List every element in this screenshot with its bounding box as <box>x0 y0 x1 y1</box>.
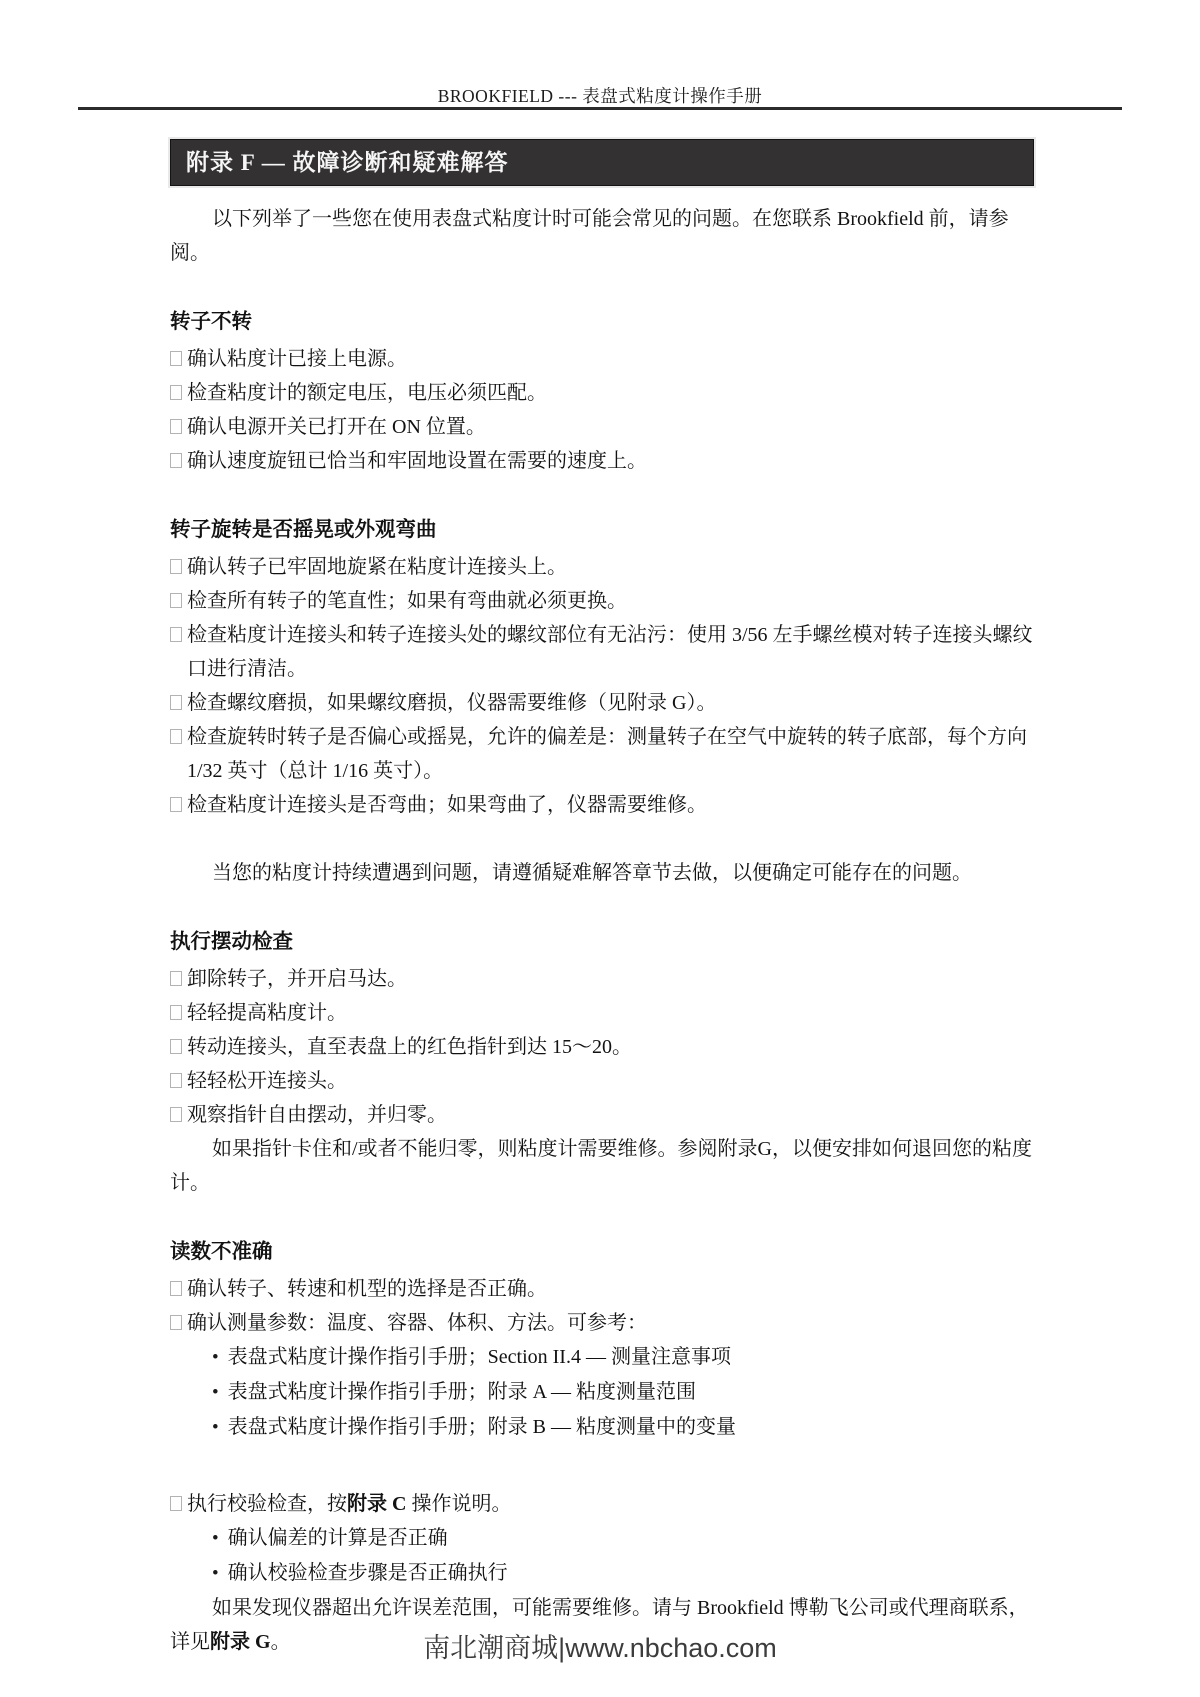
text-run: 检查螺纹磨损，如果螺纹磨损，仪器需要维修（见附录 G）。 <box>187 692 716 714</box>
text-run: 轻轻提高粘度计。 <box>187 1002 347 1024</box>
checklist-item: 确认粘度计已接上电源。 <box>170 342 1034 376</box>
checklist-item: 检查旋转时转子是否偏心或摇晃，允许的偏差是：测量转子在空气中旋转的转子底部，每个… <box>170 720 1034 788</box>
text-run: 检查所有转子的笔直性；如果有弯曲就必须更换。 <box>187 590 627 612</box>
bullet-icon: • <box>212 1522 219 1556</box>
text-run: 卸除转子，并开启马达。 <box>187 968 407 990</box>
checkbox-icon <box>170 1039 182 1054</box>
checklist-item: 观察指针自由摆动，并归零。 <box>170 1098 1034 1132</box>
sub-bullet-item: •表盘式粘度计操作指引手册；Section II.4 — 测量注意事项 <box>212 1340 1034 1375</box>
checkbox-icon <box>170 1315 182 1330</box>
text-run: 检查旋转时转子是否偏心或摇晃，允许的偏差是：测量转子在空气中旋转的转子底部，每个… <box>187 726 1027 782</box>
text-run: 轻轻松开连接头。 <box>187 1070 347 1092</box>
header-rule <box>78 107 1122 110</box>
checkbox-icon <box>170 971 182 986</box>
paragraph: 以下列举了一些您在使用表盘式粘度计时可能会常见的问题。在您联系 Brookfie… <box>170 202 1034 270</box>
text-run: 确认转子已牢固地旋紧在粘度计连接头上。 <box>187 556 567 578</box>
checkbox-icon <box>170 797 182 812</box>
checkbox-icon <box>170 627 182 642</box>
checkbox-icon <box>170 453 182 468</box>
checklist-item: 转动连接头，直至表盘上的红色指针到达 15～20。 <box>170 1030 1034 1064</box>
sub-bullet-item: •确认校验检查步骤是否正确执行 <box>212 1556 1034 1591</box>
checkbox-icon <box>170 351 182 366</box>
section-heading: 转子旋转是否摇晃或外观弯曲 <box>170 515 1034 545</box>
section-heading: 执行摆动检查 <box>170 927 1034 957</box>
text-run: 确认粘度计已接上电源。 <box>187 348 407 370</box>
text-run: 表盘式粘度计操作指引手册；附录 A — 粘度测量范围 <box>228 1381 696 1403</box>
text-run: 表盘式粘度计操作指引手册；Section II.4 — 测量注意事项 <box>228 1346 731 1368</box>
bullet-icon: • <box>212 1557 219 1591</box>
page-header-title: BROOKFIELD --- 表盘式粘度计操作手册 <box>0 83 1200 108</box>
text-run: 检查粘度计连接头是否弯曲；如果弯曲了，仪器需要维修。 <box>187 794 707 816</box>
checkbox-icon <box>170 1073 182 1088</box>
checkbox-icon <box>170 1281 182 1296</box>
checkbox-icon <box>170 729 182 744</box>
text-run: 以下列举了一些您在使用表盘式粘度计时可能会常见的问题。在您联系 Brookfie… <box>170 208 1009 264</box>
checklist-item: 确认转子已牢固地旋紧在粘度计连接头上。 <box>170 550 1034 584</box>
text-run: 确认偏差的计算是否正确 <box>228 1527 448 1549</box>
appendix-banner: 附录 F — 故障诊断和疑难解答 <box>170 139 1034 186</box>
checklist-item: 确认速度旋钮已恰当和牢固地设置在需要的速度上。 <box>170 444 1034 478</box>
document-body: 以下列举了一些您在使用表盘式粘度计时可能会常见的问题。在您联系 Brookfie… <box>170 202 1034 1659</box>
text-run: 观察指针自由摆动，并归零。 <box>187 1104 447 1126</box>
sub-bullet-item: •确认偏差的计算是否正确 <box>212 1521 1034 1556</box>
text-run: 确认转子、转速和机型的选择是否正确。 <box>187 1278 547 1300</box>
bullet-icon: • <box>212 1341 219 1375</box>
bullet-icon: • <box>212 1411 219 1445</box>
banner-title: 附录 F — 故障诊断和疑难解答 <box>186 148 1023 178</box>
checkbox-icon <box>170 593 182 608</box>
checklist-item: 确认测量参数：温度、容器、体积、方法。可参考： <box>170 1306 1034 1340</box>
section-heading: 读数不准确 <box>170 1237 1034 1267</box>
checklist-item: 卸除转子，并开启马达。 <box>170 962 1034 996</box>
text-run: 转动连接头，直至表盘上的红色指针到达 15～20。 <box>187 1036 632 1058</box>
checkbox-icon <box>170 695 182 710</box>
checklist-item: 检查粘度计连接头是否弯曲；如果弯曲了，仪器需要维修。 <box>170 788 1034 822</box>
text-run: 检查粘度计连接头和转子连接头处的螺纹部位有无沾污：使用 3/56 左手螺丝模对转… <box>187 624 1033 680</box>
footer-text: 南北潮商城|www.nbchao.com <box>423 1633 777 1663</box>
text-run: 确认电源开关已打开在 ON 位置。 <box>187 416 486 438</box>
sub-bullet-item: •表盘式粘度计操作指引手册；附录 A — 粘度测量范围 <box>212 1375 1034 1410</box>
spacer <box>170 1445 1034 1487</box>
paragraph: 如果指针卡住和/或者不能归零，则粘度计需要维修。参阅附录G，以便安排如何退回您的… <box>170 1132 1034 1200</box>
checklist-item: 确认转子、转速和机型的选择是否正确。 <box>170 1272 1034 1306</box>
checklist-item: 轻轻松开连接头。 <box>170 1064 1034 1098</box>
bullet-icon: • <box>212 1376 219 1410</box>
checkbox-icon <box>170 385 182 400</box>
text-run: 当您的粘度计持续遭遇到问题，请遵循疑难解答章节去做，以便确定可能存在的问题。 <box>212 862 972 884</box>
manual-page: BROOKFIELD --- 表盘式粘度计操作手册 附录 F — 故障诊断和疑难… <box>0 0 1200 1697</box>
text-run: 操作说明。 <box>406 1493 511 1515</box>
text-run: 表盘式粘度计操作指引手册；附录 B — 粘度测量中的变量 <box>228 1416 736 1438</box>
checklist-item: 确认电源开关已打开在 ON 位置。 <box>170 410 1034 444</box>
sub-bullet-item: •表盘式粘度计操作指引手册；附录 B — 粘度测量中的变量 <box>212 1410 1034 1445</box>
text-run: 附录 C <box>347 1493 406 1515</box>
checkbox-icon <box>170 1496 182 1511</box>
text-run: 确认速度旋钮已恰当和牢固地设置在需要的速度上。 <box>187 450 647 472</box>
checklist-item: 检查粘度计连接头和转子连接头处的螺纹部位有无沾污：使用 3/56 左手螺丝模对转… <box>170 618 1034 686</box>
checkbox-icon <box>170 1005 182 1020</box>
checkbox-icon <box>170 419 182 434</box>
text-run: 确认测量参数：温度、容器、体积、方法。可参考： <box>187 1312 647 1334</box>
footer: 南北潮商城|www.nbchao.com <box>0 1626 1200 1665</box>
text-run: 确认校验检查步骤是否正确执行 <box>228 1562 508 1584</box>
text-run: 执行校验检查，按 <box>187 1493 347 1515</box>
checklist-item: 检查所有转子的笔直性；如果有弯曲就必须更换。 <box>170 584 1034 618</box>
checklist-item: 轻轻提高粘度计。 <box>170 996 1034 1030</box>
checkbox-icon <box>170 559 182 574</box>
checklist-item: 检查粘度计的额定电压，电压必须匹配。 <box>170 376 1034 410</box>
checkbox-icon <box>170 1107 182 1122</box>
paragraph: 当您的粘度计持续遭遇到问题，请遵循疑难解答章节去做，以便确定可能存在的问题。 <box>170 856 1034 890</box>
checklist-item: 执行校验检查，按附录 C 操作说明。 <box>170 1487 1034 1521</box>
page-content: 附录 F — 故障诊断和疑难解答 以下列举了一些您在使用表盘式粘度计时可能会常见… <box>170 139 1034 1659</box>
text-run: 检查粘度计的额定电压，电压必须匹配。 <box>187 382 547 404</box>
checklist-item: 检查螺纹磨损，如果螺纹磨损，仪器需要维修（见附录 G）。 <box>170 686 1034 720</box>
text-run: 如果指针卡住和/或者不能归零，则粘度计需要维修。参阅附录G，以便安排如何退回您的… <box>170 1138 1032 1194</box>
section-heading: 转子不转 <box>170 307 1034 337</box>
